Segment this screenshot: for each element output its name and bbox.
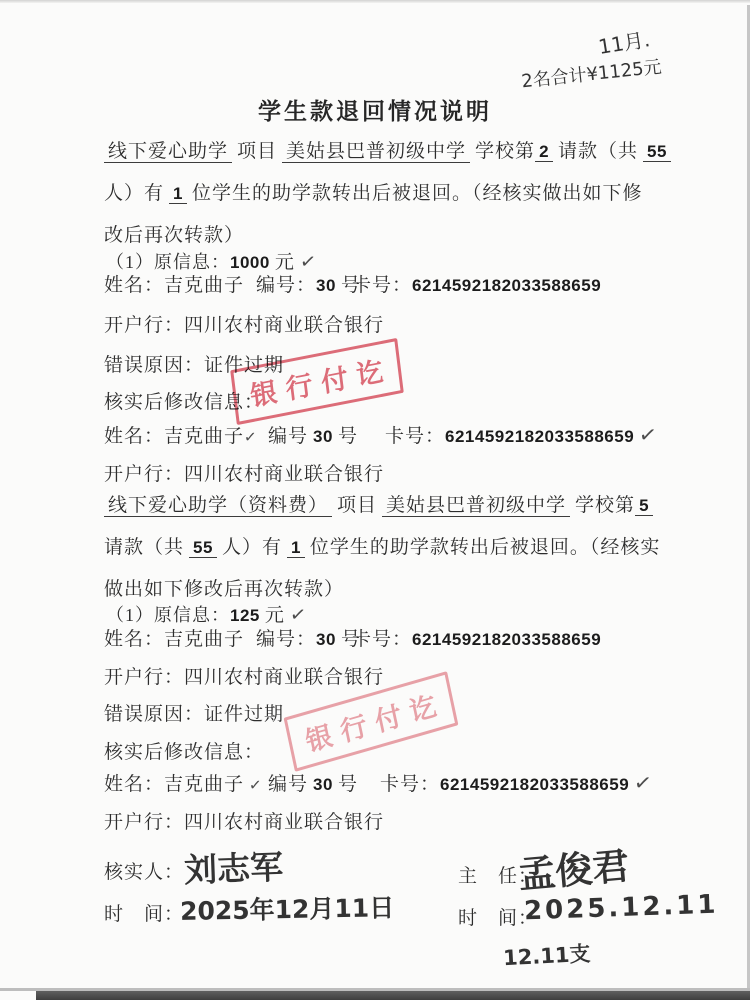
section2-intro-line2: 请款（共55人）有1位学生的助学款转出后被退回。（经核实 [104,532,660,559]
card-label: 卡号： [352,629,412,650]
number-field: 编号：30号 [256,624,361,651]
name-label: 姓名： [104,275,164,296]
section2-original-info: （1）原信息：125元✓ [106,600,312,627]
director-date: 2025.12.11 [524,890,719,927]
card-field: 卡号：6214592182033588659✓ [385,421,658,448]
time-label: 时 间： [104,899,184,926]
bank-label: 开户行： [104,464,184,485]
student-name: 吉克曲子 [164,629,244,650]
card-label: 卡号： [385,426,445,447]
card-field: 卡号：6214592182033588659 [352,624,601,651]
handwritten-note-total: 2名合计¥1125元 [520,53,663,94]
name-label: 姓名： [104,774,164,795]
name-label: 姓名： [104,426,164,447]
bank-label: 开户行： [104,812,184,833]
handwritten-note-bottom: 12.11支 [502,938,591,973]
text-returned: 位学生的助学款转出后被退回。（经核实做出如下修 [192,183,643,204]
scanned-document: 11月. 2名合计¥1125元 学生款退回情况说明 线下爱心助学项目美姑县巴普初… [0,0,750,1000]
text-returned: 位学生的助学款转出后被退回。（经核实 [310,537,661,558]
student-number: 30 [313,427,333,446]
card-number: 6214592182033588659 [412,276,601,295]
name-field: 姓名：吉克曲子✓ [104,421,258,448]
card-field: 卡号：6214592182033588659✓ [380,769,653,796]
verifier-date: 2025年12月11日 [180,888,395,928]
student-number: 30 [316,630,336,649]
number-label: 编号 [268,774,308,795]
paper-bottom-edge-dark [36,991,750,1000]
original-amount: 125 [230,606,260,625]
card-field: 卡号：6214592182033588659 [352,270,601,297]
project-type: 线下爱心助学（资料费） [104,495,332,517]
student-name: 吉克曲子 [164,426,244,447]
checkmark: ✓ [638,422,660,448]
card-number: 6214592182033588659 [445,427,634,446]
number-label: 编号： [256,275,316,296]
bank-field: 开户行：四川农村商业联合银行 [104,807,384,834]
yuan-label: 元 [265,605,285,626]
bank-name: 四川农村商业联合银行 [184,812,384,833]
request-number: 2 [535,142,553,162]
hao-label: 号 [338,426,358,447]
verifier-signature: 刘志军 [183,841,284,891]
section1-intro-line1: 线下爱心助学项目美姑县巴普初级中学学校第2请款（共55 [104,136,671,163]
student-count: 55 [189,538,217,558]
card-number: 6214592182033588659 [412,630,601,649]
error-reason: 证件过期 [204,704,284,725]
text-project: 项目 [237,141,277,162]
checkmark: ✓ [243,428,258,447]
text-school-no: 学校第 [475,141,535,162]
returned-count: 1 [169,184,187,204]
checkmark: ✓ [633,770,655,796]
number-label: 编号： [256,629,316,650]
original-info-label: （1）原信息： [106,605,230,625]
bank-name: 四川农村商业联合银行 [184,315,384,336]
number-label: 编号 [268,426,308,447]
name-field: 姓名：吉克曲子✓ [104,769,263,796]
checkmark: ✓ [248,776,263,795]
school-name: 美姑县巴普初级中学 [282,141,470,163]
text-request-total: 请款（共 [558,141,638,162]
name-label: 姓名： [104,629,164,650]
bank-name: 四川农村商业联合银行 [184,667,384,688]
document-title: 学生款退回情况说明 [0,93,750,126]
name-field: 姓名：吉克曲子 [104,624,244,651]
student-name: 吉克曲子 [164,774,244,795]
number-field: 编号30号 [268,421,358,448]
bank-label: 开户行： [104,667,184,688]
paper-top-edge [0,0,750,3]
bank-name: 四川农村商业联合银行 [184,464,384,485]
student-count: 55 [643,142,671,162]
number-field: 编号30号 [268,769,358,796]
card-number: 6214592182033588659 [440,775,629,794]
student-number: 30 [316,276,336,295]
school-name: 美姑县巴普初级中学 [382,495,570,517]
section2-intro-line3: 做出如下修改后再次转款） [104,574,344,601]
text-people: 人）有 [222,537,282,558]
fixed-info-label: 核实后修改信息： [104,737,264,764]
returned-count: 1 [287,538,305,558]
bank-field: 开户行：四川农村商业联合银行 [104,310,384,337]
student-number: 30 [313,775,333,794]
hao-label: 号 [338,774,358,795]
error-label: 错误原因： [104,704,204,725]
error-label: 错误原因： [104,355,204,376]
verifier-label: 核实人： [104,857,184,884]
bank-label: 开户行： [104,315,184,336]
name-field: 姓名：吉克曲子 [104,270,244,297]
director-signature: 孟俊君 [516,835,631,898]
error-field: 错误原因：证件过期 [104,699,284,726]
section2-intro-line1: 线下爱心助学（资料费）项目美姑县巴普初级中学学校第5 [104,490,653,517]
text-school-no: 学校第 [575,495,635,516]
bank-field: 开户行：四川农村商业联合银行 [104,662,384,689]
section1-intro-line3: 改后再次转款） [104,220,244,247]
text-project: 项目 [337,495,377,516]
number-field: 编号：30号 [256,270,361,297]
request-number: 5 [635,496,653,516]
section1-intro-line2: 人）有1位学生的助学款转出后被退回。（经核实做出如下修 [104,178,643,205]
bank-field: 开户行：四川农村商业联合银行 [104,459,384,486]
project-type: 线下爱心助学 [104,141,232,163]
text-people: 人）有 [104,183,164,204]
card-label: 卡号： [352,275,412,296]
text-request-total: 请款（共 [104,537,184,558]
student-name: 吉克曲子 [164,275,244,296]
card-label: 卡号： [380,774,440,795]
original-info-label: （1）原信息： [106,252,230,272]
